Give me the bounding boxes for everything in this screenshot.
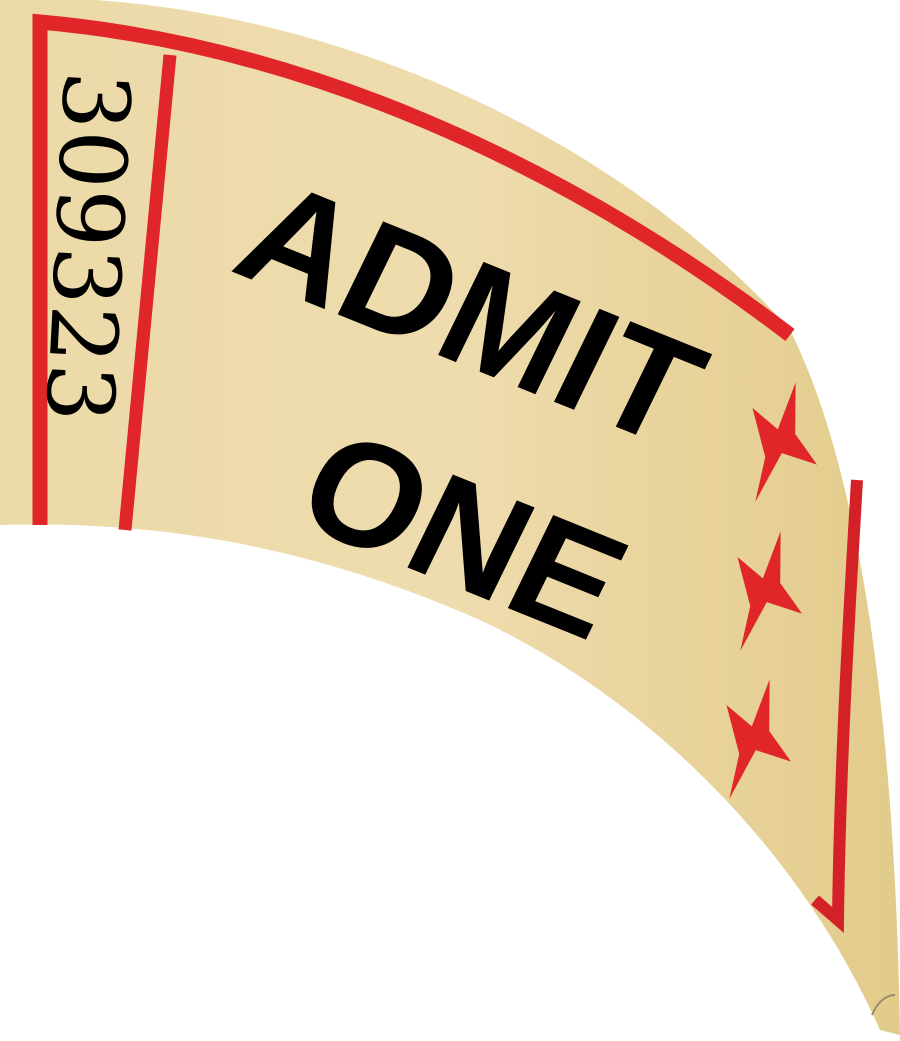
serial-number: 309323 — [25, 69, 150, 425]
ticket-illustration: 309323 ADMIT ONE — [0, 0, 900, 1041]
